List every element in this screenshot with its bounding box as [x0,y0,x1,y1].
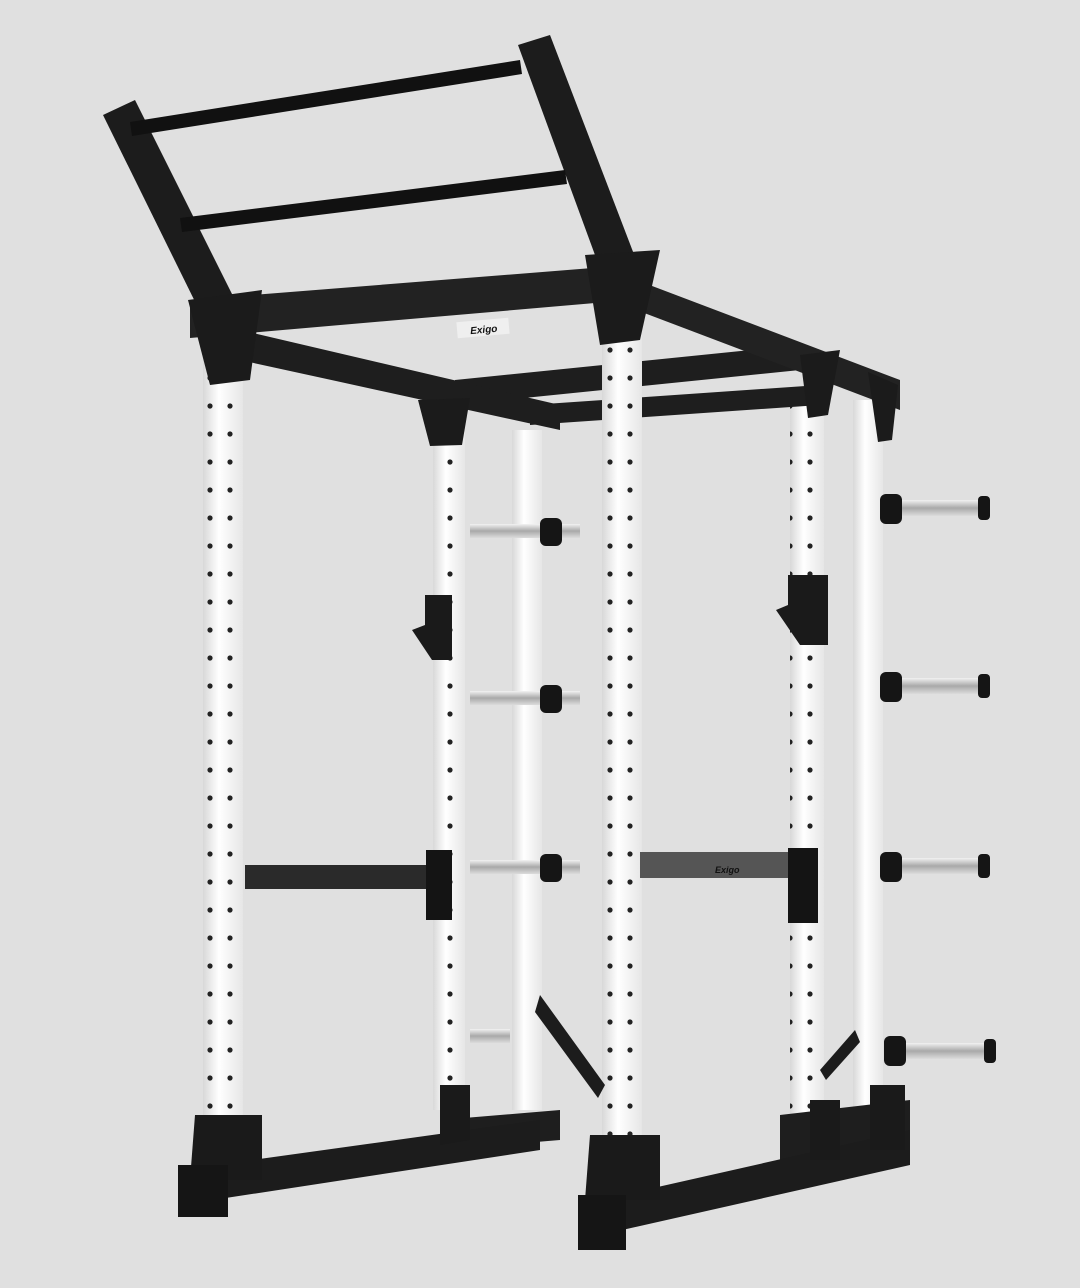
product-photo: Exigo [0,0,1080,1288]
brand-label-top: Exigo [470,324,498,337]
brand-label-safety-bar: Exigo [715,865,740,875]
storage-horns [470,494,996,1066]
power-rack-illustration: Exigo [0,0,1080,1288]
